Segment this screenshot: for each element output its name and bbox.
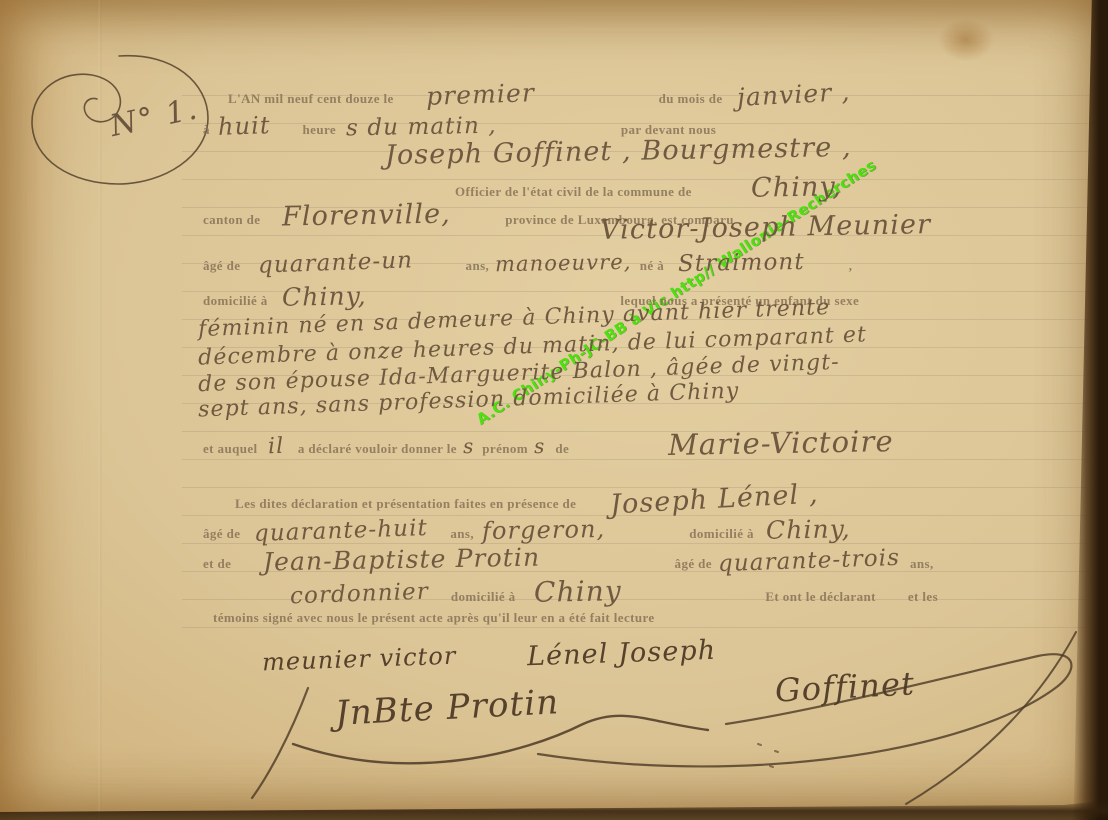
printed-declare-text: a déclaré vouloir donner le xyxy=(298,441,457,456)
written-declarant-name: Victor-Joseph Meunier xyxy=(600,209,932,246)
closing-line: témoins signé avec nous le présent acte … xyxy=(213,609,655,627)
written-w1-age: quarante-huit xyxy=(254,515,429,547)
printed-month-label: du mois de xyxy=(659,91,723,106)
written-w1-domicile: Chiny, xyxy=(766,514,851,544)
printed-auquel-label: et auquel xyxy=(203,441,258,456)
printed-closing-text: témoins signé avec nous le présent acte … xyxy=(213,610,655,625)
officer-name-line: Joseph Goffinet , Bourgmestre , xyxy=(385,136,852,167)
printed-officier-text: Officier de l'état civil de la commune d… xyxy=(455,184,692,199)
printed-et-de-label: et de xyxy=(203,556,231,571)
witness1-details-line: âgé de quarante-huit ans, forgeron, domi… xyxy=(203,515,851,544)
written-il: il xyxy=(267,434,284,460)
printed-heure-label: heure xyxy=(303,122,337,137)
written-hour: huit xyxy=(217,111,271,141)
printed-comma: , xyxy=(849,258,853,273)
written-commune: Chiny, xyxy=(750,171,841,204)
written-age: quarante-un xyxy=(258,247,414,278)
printed-year-text: L'AN mil neuf cent douze le xyxy=(228,91,394,106)
body-line-3: de son épouse Ida-Marguerite Balon , âgé… xyxy=(198,361,840,386)
witnesses-intro-line: Les dites déclaration et présentation fa… xyxy=(235,484,819,515)
written-profession: manoeuvre, xyxy=(495,250,632,276)
written-officer-name: Joseph Goffinet , Bourgmestre , xyxy=(385,132,852,171)
written-birthplace: Straimont xyxy=(678,249,805,277)
printed-w1-age-label: âgé de xyxy=(203,526,240,541)
scanned-birth-record: N° 1. A.C. Chiny-Ph-JC-BB à Vic.http// W… xyxy=(0,0,1108,820)
printed-canton-label: canton de xyxy=(203,212,260,227)
signature-flourishes xyxy=(238,626,1103,818)
written-s1: s xyxy=(462,434,474,458)
printed-de-label: de xyxy=(555,441,569,456)
given-name-line: et auquel il a déclaré vouloir donner le… xyxy=(203,426,894,460)
printed-w2-domicile-label: domicilié à xyxy=(451,589,516,604)
written-w2-name: Jean-Baptiste Protin xyxy=(263,543,541,577)
printed-age-label: âgé de xyxy=(203,258,240,273)
printed-et-ont-text: Et ont le déclarant xyxy=(765,589,876,604)
printed-ans-label: ans, xyxy=(466,258,490,273)
printed-w2-ans-label: ans, xyxy=(910,556,934,571)
printed-a-text: à xyxy=(203,122,210,137)
printed-w1-ans-label: ans, xyxy=(450,526,474,541)
date-line: L'AN mil neuf cent douze le premier du m… xyxy=(228,80,850,109)
written-s2: s xyxy=(534,434,546,458)
written-day: premier xyxy=(425,78,535,111)
act-number-oval: N° 1. xyxy=(22,50,222,195)
printed-prenom-label: prénom xyxy=(482,441,528,456)
written-w1-profession: forgeron, xyxy=(482,515,606,545)
written-canton: Florenville, xyxy=(282,199,451,233)
body-line-4: sept ans, sans profession domiciliée à C… xyxy=(198,388,740,413)
written-month: janvier , xyxy=(736,77,851,112)
witness2-line: et de Jean-Baptiste Protin âgé de quaran… xyxy=(203,545,934,574)
commune-line: Officier de l'état civil de la commune d… xyxy=(455,172,842,203)
written-w2-age: quarante-trois xyxy=(718,545,901,577)
printed-w2-age-label: âgé de xyxy=(675,556,712,571)
written-w2-profession: cordonnier xyxy=(290,579,430,610)
written-w2-domicile: Chiny xyxy=(533,574,621,609)
printed-w1-domicile-label: domicilié à xyxy=(689,526,754,541)
written-child-name: Marie-Victoire xyxy=(668,424,894,462)
declarant-age-line: âgé de quarante-un ans, manoeuvre, né à … xyxy=(203,250,852,276)
witness2-profession-line: cordonnier domicilié à Chiny Et ont le d… xyxy=(290,575,938,608)
printed-witness-intro: Les dites déclaration et présentation fa… xyxy=(235,496,576,511)
printed-et-les-text: et les xyxy=(908,589,938,604)
declarant-name-line: Victor-Joseph Meunier xyxy=(600,212,931,243)
printed-ne-a-label: né à xyxy=(640,258,664,273)
